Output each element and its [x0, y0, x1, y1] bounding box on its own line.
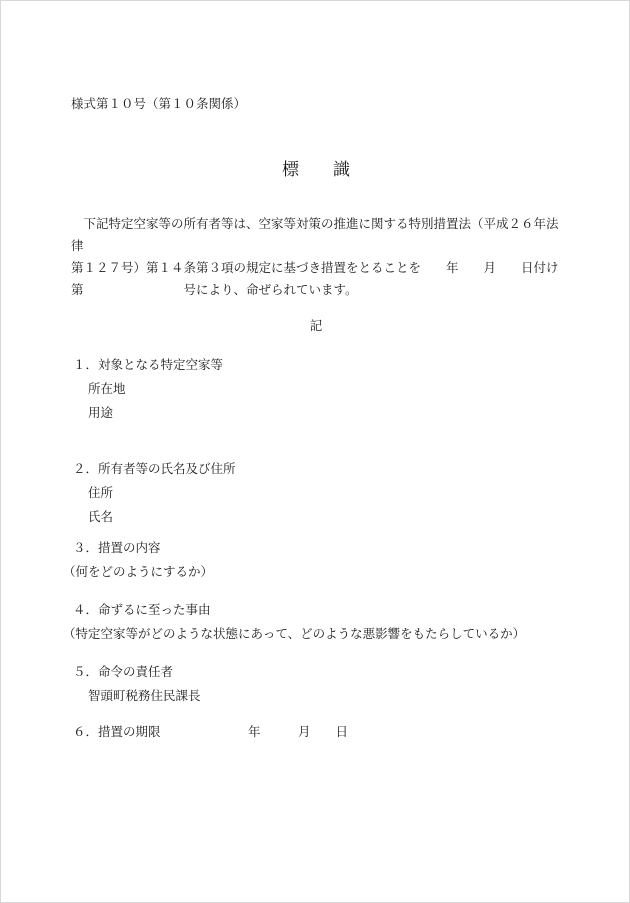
- section-reason-for-order: ４．命ずるに至った事由 （特定空家等がどのような状態にあって、どのような悪影響を…: [71, 598, 561, 646]
- body-paragraph: 下記特定空家等の所有者等は、空家等対策の推進に関する特別措置法（平成２６年法律 …: [71, 213, 561, 301]
- section-6-heading: ６．措置の期限 年 月 日: [73, 720, 561, 744]
- page-title: 標 識: [71, 157, 561, 183]
- document-page: 様式第１０号（第１０条関係） 標 識 下記特定空家等の所有者等は、空家等対策の推…: [0, 0, 630, 903]
- ki-label: 記: [71, 315, 561, 337]
- section-owner-name-address: ２．所有者等の氏名及び住所 住所 氏名: [71, 457, 561, 529]
- section-5-heading: ５．命令の責任者: [73, 660, 561, 684]
- paragraph-line-3: 第 号により、命ぜられています。: [71, 279, 561, 301]
- section-1-heading: １．対象となる特定空家等: [73, 353, 561, 377]
- section-4-heading: ４．命ずるに至った事由: [73, 598, 561, 622]
- section-measure-content: ３．措置の内容 （何をどのようにするか）: [71, 536, 561, 584]
- section-order-responsible-person: ５．命令の責任者 智頭町税務住民課長: [71, 660, 561, 708]
- section-measure-deadline: ６．措置の期限 年 月 日: [71, 720, 561, 744]
- section-4-note: （特定空家等がどのような状態にあって、どのような悪影響をもたらしているか）: [63, 622, 561, 646]
- section-target-vacant-house: １．対象となる特定空家等 所在地 用途: [71, 353, 561, 425]
- section-3-heading: ３．措置の内容: [73, 536, 561, 560]
- field-label-name: 氏名: [88, 505, 561, 529]
- field-label-use: 用途: [88, 401, 561, 425]
- field-label-address: 住所: [88, 481, 561, 505]
- field-label-location: 所在地: [88, 377, 561, 401]
- paragraph-line-2: 第１２７号）第１４条第３項の規定に基づき措置をとることを 年 月 日付け: [71, 257, 561, 279]
- responsible-person-title: 智頭町税務住民課長: [88, 684, 561, 708]
- section-2-heading: ２．所有者等の氏名及び住所: [73, 457, 561, 481]
- section-3-note: （何をどのようにするか）: [63, 560, 561, 584]
- form-number: 様式第１０号（第１０条関係）: [71, 93, 561, 115]
- paragraph-line-1: 下記特定空家等の所有者等は、空家等対策の推進に関する特別措置法（平成２６年法律: [71, 213, 561, 257]
